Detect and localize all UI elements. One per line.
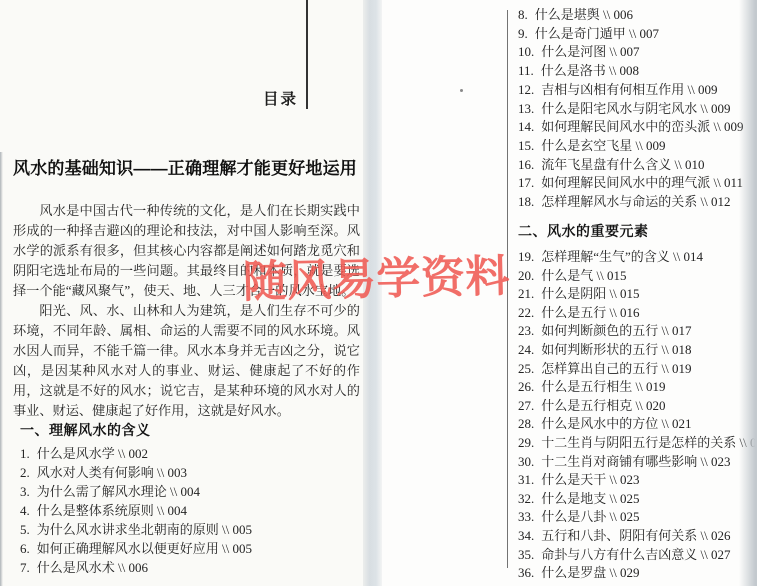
toc-entry: 25.怎样算出自己的五行 \\ 019 bbox=[518, 360, 757, 379]
scan-speck bbox=[460, 89, 463, 92]
toc-entry-number: 1. bbox=[20, 446, 30, 461]
toc-entry: 27.什么是五行相克 \\ 020 bbox=[518, 397, 757, 416]
toc-entry: 33.什么是八卦 \\ 025 bbox=[518, 508, 757, 527]
toc-entry-text: 吉相与凶相有何相互作用 \\ 009 bbox=[541, 82, 717, 97]
right-page-edge-shadow bbox=[739, 0, 757, 586]
toc-entry: 36.什么是罗盘 \\ 029 bbox=[518, 564, 757, 583]
toc-entry-text: 什么是天干 \\ 023 bbox=[541, 472, 639, 487]
toc-entry-text: 什么是阳宅风水与阴宅风水 \\ 009 bbox=[541, 101, 730, 116]
toc-entry-number: 23. bbox=[518, 323, 534, 338]
toc-entry-number: 2. bbox=[20, 465, 30, 480]
toc-entry-number: 18. bbox=[518, 194, 534, 209]
toc-entry-number: 31. bbox=[518, 472, 534, 487]
toc-entry-text: 流年飞星盘有什么含义 \\ 010 bbox=[541, 157, 704, 172]
toc-entry-text: 什么是玄空飞星 \\ 009 bbox=[541, 138, 665, 153]
toc-entry: 23.如何判断颜色的五行 \\ 017 bbox=[518, 322, 757, 341]
toc-entry-text: 五行和八卦、阴阳有何关系 \\ 026 bbox=[541, 528, 730, 543]
intro-paragraph-2: 阳光、风、水、山林和人为建筑，是人们生存不可少的环境，不同年龄、属相、命运的人需… bbox=[13, 301, 360, 421]
toc-entry-number: 30. bbox=[518, 454, 534, 469]
toc-entry-text: 什么是奇门遁甲 \\ 007 bbox=[535, 26, 659, 41]
toc-entry-text: 什么是河图 \\ 007 bbox=[541, 44, 639, 59]
toc-entry: 34.五行和八卦、阴阳有何关系 \\ 026 bbox=[518, 527, 757, 546]
toc-entry-number: 5. bbox=[20, 522, 30, 537]
watermark-text: 随风易学资料 bbox=[242, 251, 510, 309]
toc-entry-text: 什么是堪舆 \\ 006 bbox=[535, 7, 633, 22]
toc-entry-text: 怎样理解“生气”的含义 \\ 014 bbox=[541, 249, 703, 264]
toc-entry: 30.十二生肖对商铺有哪些影响 \\ 023 bbox=[518, 453, 757, 472]
toc-entry: 8.什么是堪舆 \\ 006 bbox=[518, 6, 743, 25]
toc-entry-text: 如何理解民间风水中的峦头派 \\ 009 bbox=[541, 119, 743, 134]
toc-entry-number: 33. bbox=[518, 509, 534, 524]
toc-entry-number: 25. bbox=[518, 361, 534, 376]
section-2-title: 二、风水的重要元素 bbox=[518, 221, 649, 241]
book-spread-scan: 目录 风水的基础知识——正确理解才能更好地运用 风水是中国古代一种传统的文化，是… bbox=[0, 0, 757, 586]
toc-entry: 32.什么是地支 \\ 025 bbox=[518, 490, 757, 509]
toc-entry: 1.什么是风水学 \\ 002 bbox=[20, 444, 252, 463]
toc-entry-text: 如何判断形状的五行 \\ 018 bbox=[541, 342, 691, 357]
toc-title: 目录 bbox=[263, 87, 298, 109]
toc-entry: 28.什么是风水中的方位 \\ 021 bbox=[518, 415, 757, 434]
section-1-title: 一、理解风水的含义 bbox=[20, 420, 151, 440]
toc-entry: 11.什么是洛书 \\ 008 bbox=[518, 62, 743, 81]
toc-entry-text: 怎样算出自己的五行 \\ 019 bbox=[541, 361, 691, 376]
toc-entry-number: 16. bbox=[518, 157, 534, 172]
toc-entry: 31.什么是天干 \\ 023 bbox=[518, 471, 757, 490]
toc-entry-text: 十二生肖对商铺有哪些影响 \\ 023 bbox=[541, 454, 730, 469]
toc-entry-text: 十二生肖与阴阳五行是怎样的关系 \\ 022 bbox=[541, 435, 757, 450]
toc-entry: 9.什么是奇门遁甲 \\ 007 bbox=[518, 25, 743, 44]
toc-divider-line bbox=[306, 0, 308, 109]
toc-list-section-2: 19.怎样理解“生气”的含义 \\ 014 20.什么是气 \\ 015 21.… bbox=[518, 248, 757, 583]
toc-entry: 13.什么是阳宅风水与阴宅风水 \\ 009 bbox=[518, 100, 743, 119]
toc-entry-number: 13. bbox=[518, 101, 534, 116]
toc-entry-text: 怎样理解风水与命运的关系 \\ 012 bbox=[541, 194, 730, 209]
toc-entry: 18.怎样理解风水与命运的关系 \\ 012 bbox=[518, 193, 743, 212]
toc-entry-number: 8. bbox=[518, 7, 528, 22]
toc-entry-number: 35. bbox=[518, 547, 534, 562]
toc-entry-text: 什么是整体系统原则 \\ 004 bbox=[37, 503, 187, 518]
toc-entry-number: 24. bbox=[518, 342, 534, 357]
toc-entry-number: 14. bbox=[518, 119, 534, 134]
toc-entry: 15.什么是玄空飞星 \\ 009 bbox=[518, 137, 743, 156]
toc-entry-number: 9. bbox=[518, 26, 528, 41]
toc-entry-text: 什么是气 \\ 015 bbox=[541, 268, 626, 283]
toc-entry-text: 什么是八卦 \\ 025 bbox=[541, 509, 639, 524]
toc-entry: 14.如何理解民间风水中的峦头派 \\ 009 bbox=[518, 118, 743, 137]
toc-entry-number: 20. bbox=[518, 268, 534, 283]
toc-entry-number: 22. bbox=[518, 305, 534, 320]
toc-entry-number: 26. bbox=[518, 379, 534, 394]
toc-entry-number: 29. bbox=[518, 435, 534, 450]
toc-entry-text: 什么是罗盘 \\ 029 bbox=[541, 565, 639, 580]
toc-entry: 29.十二生肖与阴阳五行是怎样的关系 \\ 022 bbox=[518, 434, 757, 453]
toc-entry-text: 命卦与八方有什么吉凶意义 \\ 027 bbox=[541, 547, 730, 562]
toc-entry: 16.流年飞星盘有什么含义 \\ 010 bbox=[518, 156, 743, 175]
toc-entry-number: 19. bbox=[518, 249, 534, 264]
toc-entry-number: 11. bbox=[518, 63, 534, 78]
toc-entry: 21.什么是阴阳 \\ 015 bbox=[518, 285, 757, 304]
toc-entry-number: 36. bbox=[518, 565, 534, 580]
toc-entry: 3.为什么需了解风水理论 \\ 004 bbox=[20, 482, 252, 501]
toc-entry-text: 如何判断颜色的五行 \\ 017 bbox=[541, 323, 691, 338]
toc-list-section-1: 1.什么是风水学 \\ 002 2.风水对人类有何影响 \\ 003 3.为什么… bbox=[20, 444, 252, 577]
toc-entry-text: 风水对人类有何影响 \\ 003 bbox=[37, 465, 187, 480]
toc-entry: 12.吉相与凶相有何相互作用 \\ 009 bbox=[518, 81, 743, 100]
toc-entry-number: 10. bbox=[518, 44, 534, 59]
toc-entry-number: 17. bbox=[518, 175, 534, 190]
toc-entry: 7.什么是风水术 \\ 006 bbox=[20, 558, 252, 577]
chapter-title: 风水的基础知识——正确理解才能更好地运用 bbox=[13, 159, 363, 179]
toc-entry-text: 什么是阴阳 \\ 015 bbox=[541, 286, 639, 301]
toc-entry-text: 什么是五行相克 \\ 020 bbox=[541, 398, 665, 413]
toc-entry: 24.如何判断形状的五行 \\ 018 bbox=[518, 341, 757, 360]
toc-entry: 17.如何理解民间风水中的理气派 \\ 011 bbox=[518, 174, 743, 193]
toc-entry-text: 什么是地支 \\ 025 bbox=[541, 491, 639, 506]
toc-entry: 22.什么是五行 \\ 016 bbox=[518, 304, 757, 323]
toc-entry: 2.风水对人类有何影响 \\ 003 bbox=[20, 463, 252, 482]
toc-entry-number: 15. bbox=[518, 138, 534, 153]
toc-entry-text: 什么是风水术 \\ 006 bbox=[37, 560, 148, 575]
toc-entry-number: 4. bbox=[20, 503, 30, 518]
toc-entry-text: 为什么风水讲求坐北朝南的原则 \\ 005 bbox=[37, 522, 252, 537]
toc-entry-number: 6. bbox=[20, 541, 30, 556]
toc-entry: 6.如何正确理解风水以便更好应用 \\ 005 bbox=[20, 539, 252, 558]
intro-paragraphs: 风水是中国古代一种传统的文化，是人们在长期实践中形成的一种择吉避凶的理论和技法，… bbox=[13, 201, 360, 421]
toc-entry-text: 如何理解民间风水中的理气派 \\ 011 bbox=[541, 175, 743, 190]
toc-entry-text: 如何正确理解风水以便更好应用 \\ 005 bbox=[37, 541, 252, 556]
toc-entry-number: 28. bbox=[518, 416, 534, 431]
toc-entry-text: 什么是五行相生 \\ 019 bbox=[541, 379, 665, 394]
toc-entry: 10.什么是河图 \\ 007 bbox=[518, 43, 743, 62]
toc-entry-text: 为什么需了解风水理论 \\ 004 bbox=[37, 484, 200, 499]
toc-entry-number: 21. bbox=[518, 286, 534, 301]
toc-entry-number: 12. bbox=[518, 82, 534, 97]
toc-entry: 19.怎样理解“生气”的含义 \\ 014 bbox=[518, 248, 757, 267]
toc-entry: 26.什么是五行相生 \\ 019 bbox=[518, 378, 757, 397]
toc-entry-number: 27. bbox=[518, 398, 534, 413]
toc-entry: 5.为什么风水讲求坐北朝南的原则 \\ 005 bbox=[20, 520, 252, 539]
toc-list-section-1-continued: 8.什么是堪舆 \\ 006 9.什么是奇门遁甲 \\ 007 10.什么是河图… bbox=[518, 6, 743, 212]
toc-entry-text: 什么是风水中的方位 \\ 021 bbox=[541, 416, 691, 431]
left-page-edge-shadow bbox=[0, 152, 3, 586]
toc-entry-text: 什么是风水学 \\ 002 bbox=[37, 446, 148, 461]
toc-entry-number: 34. bbox=[518, 528, 534, 543]
toc-entry-text: 什么是五行 \\ 016 bbox=[541, 305, 639, 320]
toc-entry-number: 7. bbox=[20, 560, 30, 575]
toc-entry: 4.什么是整体系统原则 \\ 004 bbox=[20, 501, 252, 520]
toc-entry: 20.什么是气 \\ 015 bbox=[518, 267, 757, 286]
toc-entry-number: 3. bbox=[20, 484, 30, 499]
toc-entry: 35.命卦与八方有什么吉凶意义 \\ 027 bbox=[518, 546, 757, 565]
toc-entry-text: 什么是洛书 \\ 008 bbox=[541, 63, 639, 78]
toc-entry-number: 32. bbox=[518, 491, 534, 506]
